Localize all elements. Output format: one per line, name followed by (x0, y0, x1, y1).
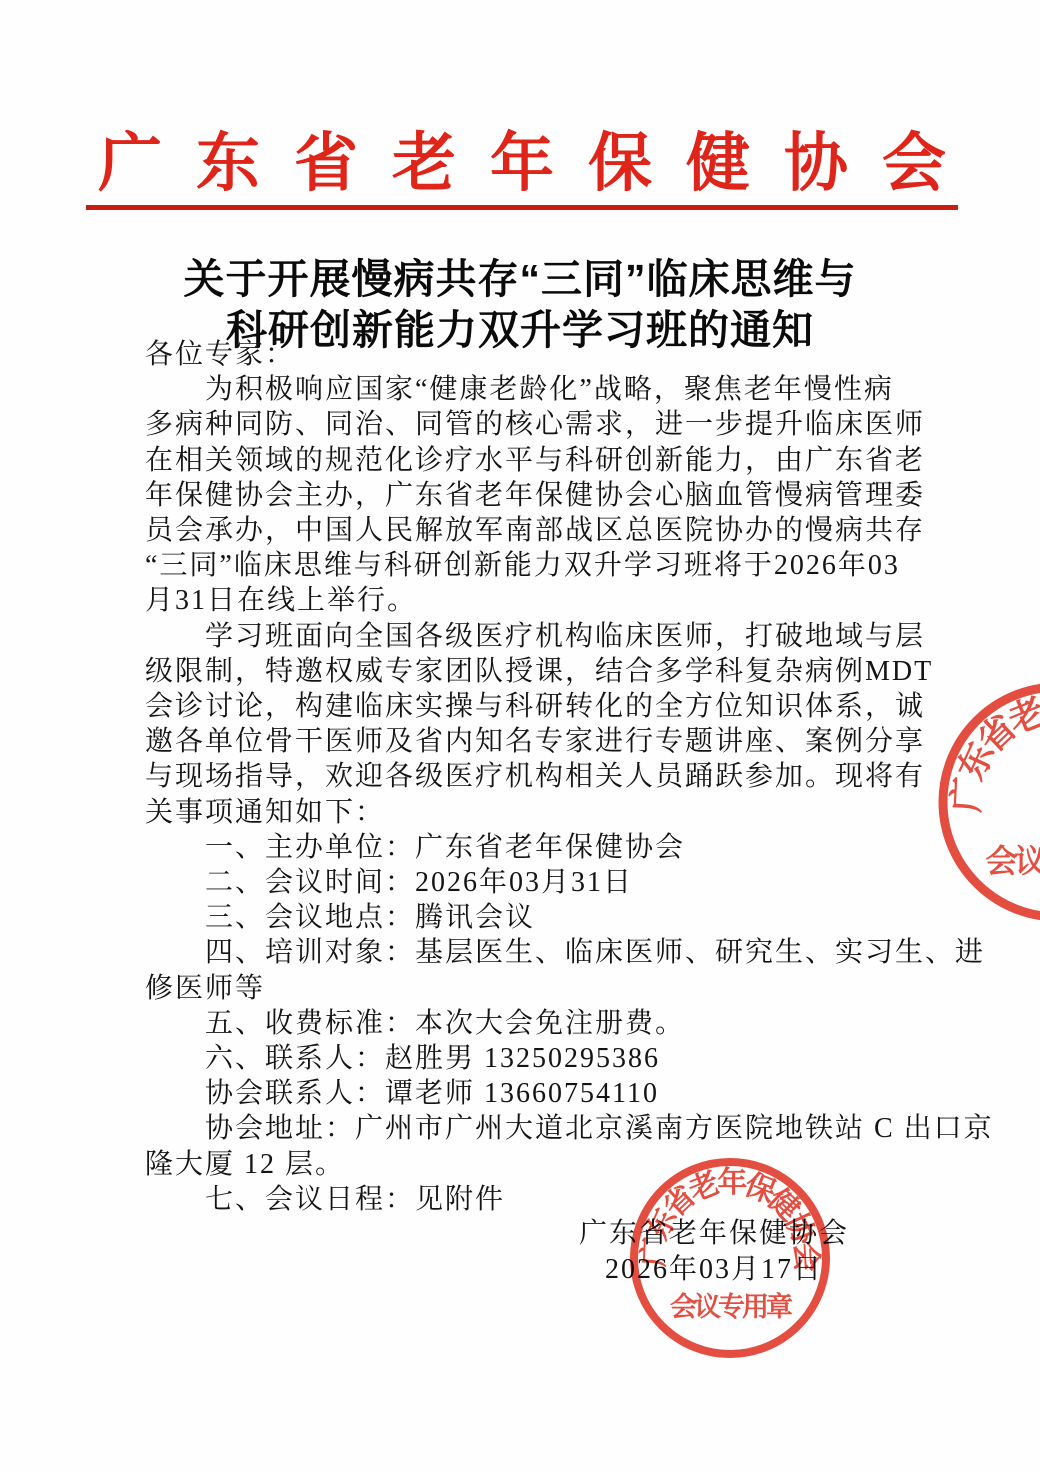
list-item-time: 二、会议时间：2026年03月31日 (145, 865, 935, 900)
body-line: 与现场指导，欢迎各级医疗机构相关人员踊跃参加。现将有 (145, 759, 935, 794)
body-line: 会诊讨论，构建临床实操与科研转化的全方位知识体系，诚 (145, 689, 935, 724)
list-item-contact2: 协会联系人：谭老师 13660754110 (145, 1076, 935, 1111)
body-line: 级限制，特邀权威专家团队授课，结合多学科复杂病例MDT (145, 654, 935, 689)
body-line: 员会承办，中国人民解放军南部战区总医院协办的慢病共存 (145, 513, 935, 548)
salutation-line: 各位专家： (145, 337, 935, 372)
seal-label-text: 会议专用章 (985, 843, 1040, 879)
seal-label-text: 会议专用章 (670, 1291, 793, 1322)
list-item-audience-cont: 修医师等 (145, 971, 935, 1006)
list-item-host: 一、主办单位：广东省老年保健协会 (145, 830, 935, 865)
document-page: 广东省老年保健协会 关于开展慢病共存“三同”临床思维与 科研创新能力双升学习班的… (0, 0, 1040, 1471)
official-seal-partial: 广东省老年保健协会 会议专用章 (918, 662, 1040, 942)
seal-ring-text: 广东省老年保健协会 (637, 1165, 822, 1272)
body-line: 邀各单位骨干医师及省内知名专家进行专题讲座、案例分享 (145, 724, 935, 759)
body-line: 关事项通知如下： (145, 795, 935, 830)
list-item-address: 协会地址：广州市广州大道北京溪南方医院地铁站 C 出口京 (145, 1111, 935, 1146)
document-title-line1: 关于开展慢病共存“三同”临床思维与 (0, 254, 1040, 305)
body-line: 月31日在线上举行。 (145, 583, 935, 618)
body-line: 年保健协会主办，广东省老年保健协会心脑血管慢病管理委 (145, 478, 935, 513)
document-body: 各位专家： 为积极响应国家“健康老龄化”战略，聚焦老年慢性病 多病种同防、同治、… (145, 337, 935, 1217)
list-item-venue: 三、会议地点：腾讯会议 (145, 900, 935, 935)
letterhead-org-name: 广东省老年保健协会 (98, 112, 980, 204)
list-item-audience: 四、培训对象：基层医生、临床医师、研究生、实习生、进 (145, 935, 935, 970)
letterhead-divider-line (86, 205, 958, 210)
body-line: 为积极响应国家“健康老龄化”战略，聚焦老年慢性病 (145, 372, 935, 407)
svg-text:广东省老年保健协会: 广东省老年保健协会 (637, 1165, 822, 1272)
body-line: 学习班面向全国各级医疗机构临床医师，打破地域与层 (145, 619, 935, 654)
list-item-fee: 五、收费标准：本次大会免注册费。 (145, 1006, 935, 1041)
body-line: “三同”临床思维与科研创新能力双升学习班将于2026年03 (145, 548, 935, 583)
body-line: 多病种同防、同治、同管的核心需求，进一步提升临床医师 (145, 407, 935, 442)
official-seal: 广东省老年保健协会 会议专用章 (615, 1143, 845, 1373)
list-item-contact: 六、联系人：赵胜男 13250295386 (145, 1041, 935, 1076)
body-line: 在相关领域的规范化诊疗水平与科研创新能力，由广东省老 (145, 443, 935, 478)
